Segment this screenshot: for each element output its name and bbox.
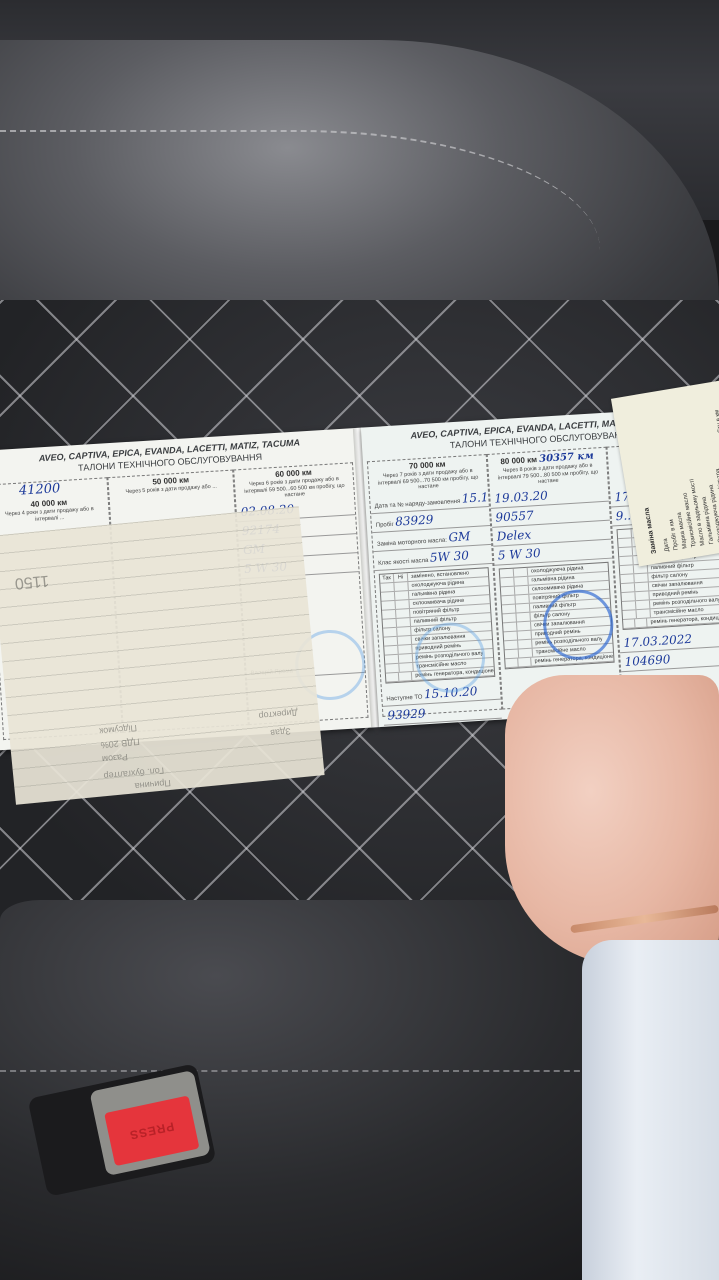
buckle-release-button: PRESS: [104, 1095, 199, 1166]
buckle-label: PRESS: [128, 1119, 176, 1142]
oil-card-field: Дата: [663, 538, 671, 552]
booklet-left-page: AVEO, CAPTIVA, EPICA, EVANDA, LACETTI, M…: [0, 428, 374, 750]
buckle-frame: PRESS: [89, 1070, 211, 1176]
translucent-receipt: 1150 Підсумок ПДВ 20% Разом Гол. бухгалт…: [0, 506, 325, 804]
shirt-sleeve: [582, 940, 719, 1280]
seat-edge-stitching: [0, 1070, 600, 1074]
coupon-80000: 80 000 км 30357 км Через 8 років з дати …: [487, 447, 622, 710]
